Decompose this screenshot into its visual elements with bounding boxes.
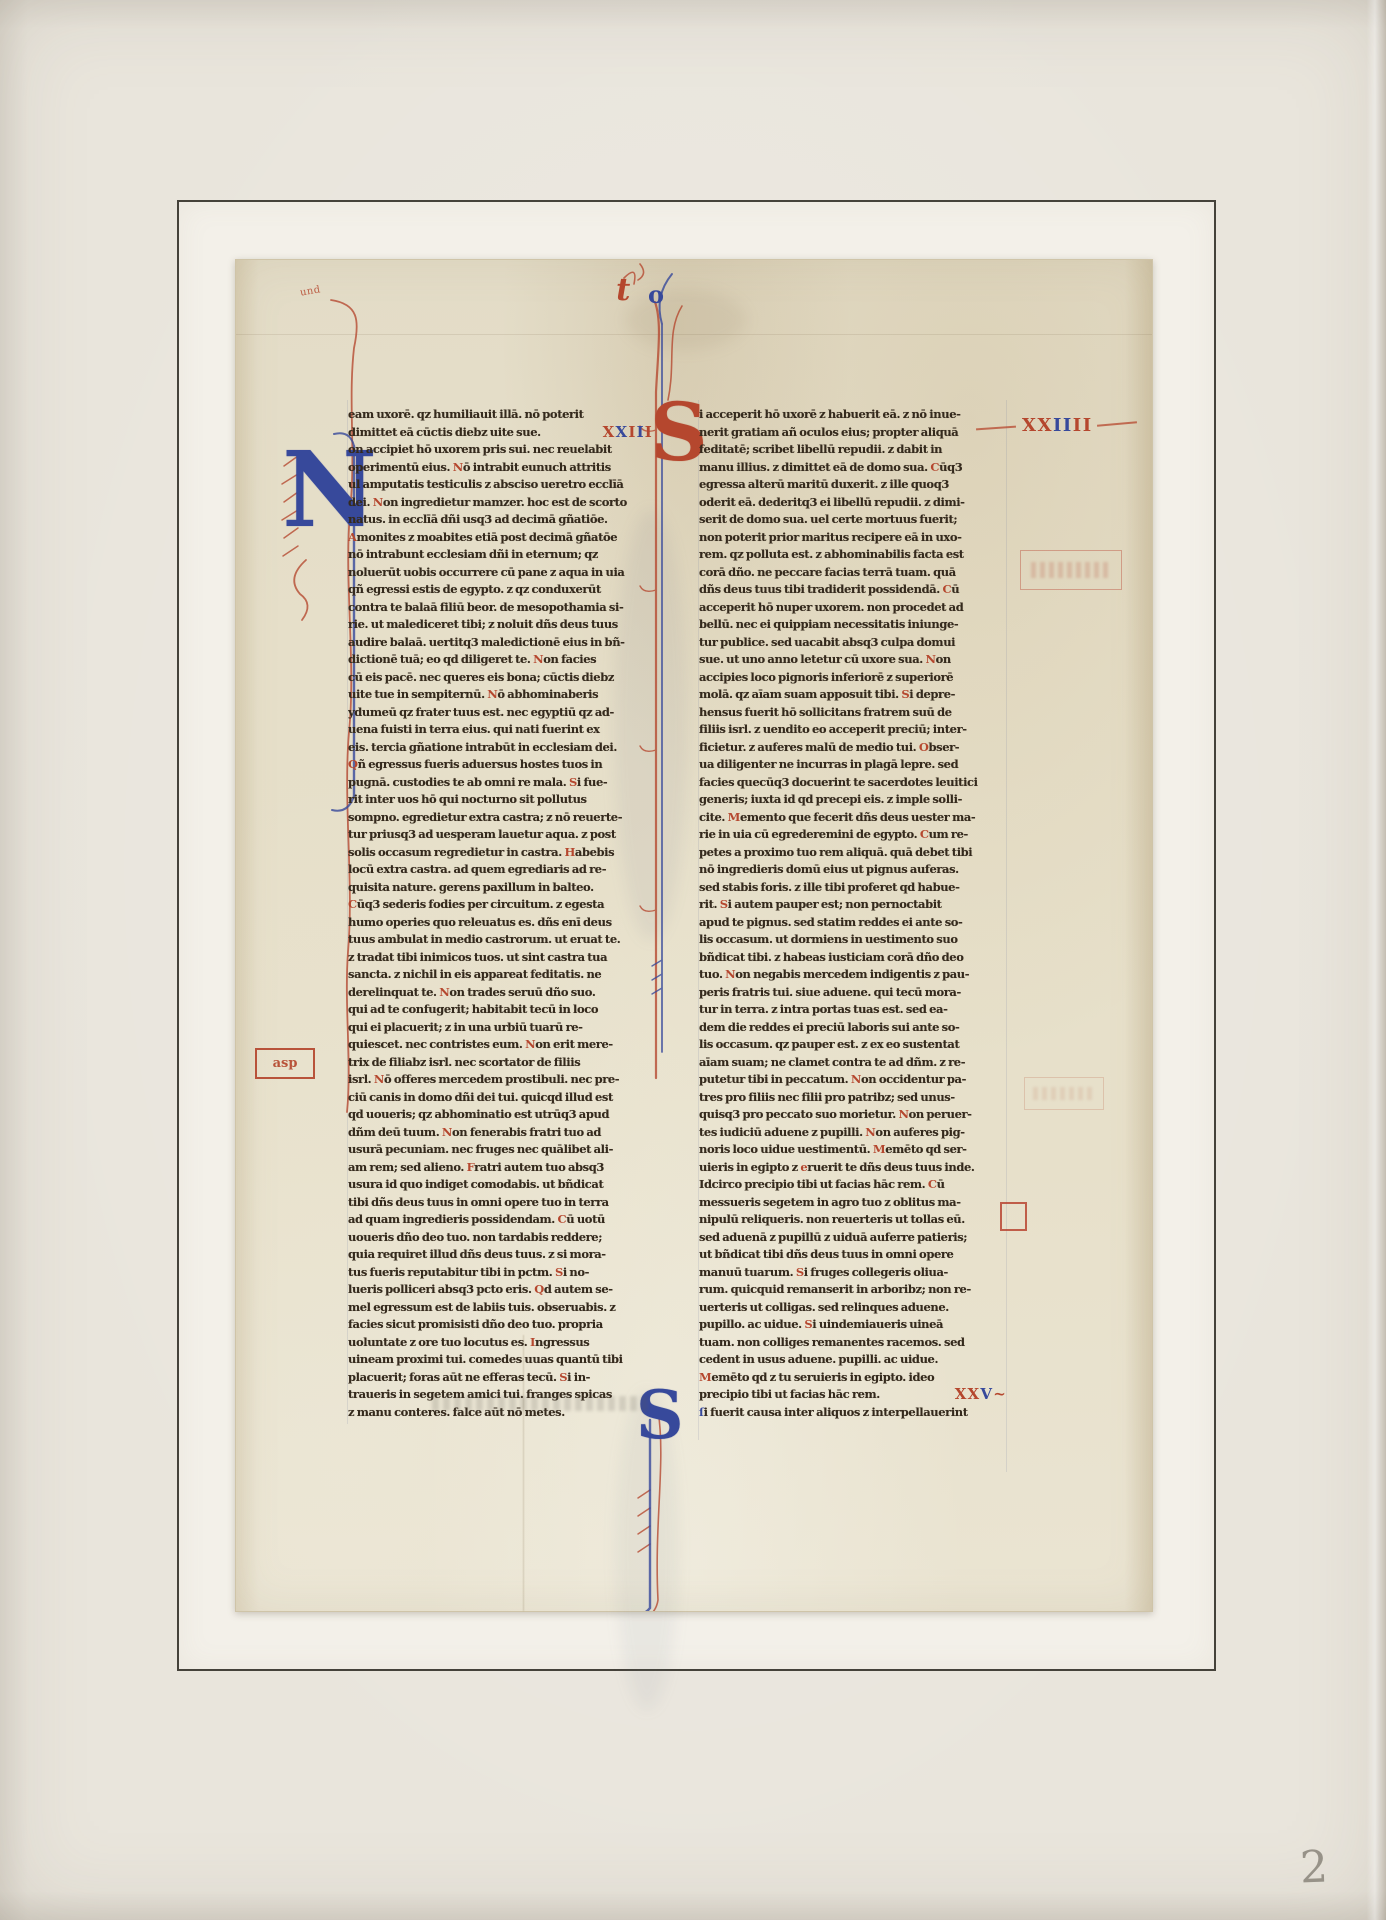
manuscript-text-line: serit de domo sua. uel certe mortuus fue… bbox=[699, 511, 1007, 529]
manuscript-text-line: quia requiret illud dñs deus tuus. z si … bbox=[348, 1246, 653, 1264]
manuscript-text-line: Amonites z moabites etiā post decimā gña… bbox=[348, 529, 653, 547]
inline-chapter-numeral: XXV~ bbox=[955, 1386, 1007, 1404]
manuscript-text-line: quisita nature. gerens paxillum in balte… bbox=[348, 879, 653, 897]
manuscript-text-line: locū extra castra. ad quem egrediaris ad… bbox=[348, 861, 653, 879]
margin-red-bracket bbox=[1000, 1202, 1027, 1231]
manuscript-text-line: filiis isrl. z uendito eo acceperit prec… bbox=[699, 721, 1007, 739]
pencil-folio-number: 2 bbox=[1299, 1842, 1329, 1894]
manuscript-text-line: Cūq3 sederis fodies per circuitum. z ege… bbox=[348, 896, 653, 914]
manuscript-text-line: rie. ut malediceret tibi; z noluit dñs d… bbox=[348, 616, 653, 634]
manuscript-text-line: derelinquat te. Non trades seruū dño suo… bbox=[348, 984, 653, 1002]
manuscript-text-line: qui ei placuerit; z in una urbiū tuarū r… bbox=[348, 1019, 653, 1037]
manuscript-text-line: dictionē tuā; eo qd diligeret te. Non fa… bbox=[348, 651, 653, 669]
manuscript-text-line: tur in terra. z intra portas tuas est. s… bbox=[699, 1001, 1007, 1019]
manuscript-text-line: usura id quo indiget comodabis. ut bñdic… bbox=[348, 1176, 653, 1194]
manuscript-text-line: cedent in usus aduene. pupilli. ac uidue… bbox=[699, 1351, 1007, 1369]
manuscript-text-line: molā. qz aīam suam apposuit tibi. Si dep… bbox=[699, 686, 1007, 704]
manuscript-text-line: rum. quicquid remanserit in arboribz; no… bbox=[699, 1281, 1007, 1299]
manuscript-text-line: nipulū reliqueris. non reuerteris ut tol… bbox=[699, 1211, 1007, 1229]
faded-stamp-box-lower bbox=[1024, 1077, 1104, 1110]
manuscript-text-line: Qñ egressus fueris aduersus hostes tuos … bbox=[348, 756, 653, 774]
manuscript-text-line: natus. in ecclīā dñi usq3 ad decimā gñat… bbox=[348, 511, 653, 529]
manuscript-text-line: operimentū eius. Nō intrabit eunuch attr… bbox=[348, 459, 653, 477]
manuscript-text-line: qd uoueris; qz abhominatio est utrūq3 ap… bbox=[348, 1106, 653, 1124]
manuscript-text-line: humo operies quo releuatus es. dñs enī d… bbox=[348, 914, 653, 932]
manuscript-text-line: nerit gratiam añ oculos eius; propter al… bbox=[699, 424, 1007, 442]
manuscript-text-line: pugnā. custodies te ab omni re mala. Si … bbox=[348, 774, 653, 792]
manuscript-text-line: tes iudiciū aduene z pupilli. Non aufere… bbox=[699, 1124, 1007, 1142]
manuscript-text-line: acceperit hō nuper uxorem. non procedet … bbox=[699, 599, 1007, 617]
manuscript-text-line: rit. Si autem pauper est; non pernoctabi… bbox=[699, 896, 1007, 914]
manuscript-text-line: ul amputatis testiculis z absciso ueretr… bbox=[348, 476, 653, 494]
manuscript-text-line: petes a proximo tuo rem aliquā. quā debe… bbox=[699, 844, 1007, 862]
manuscript-leaf: t o und N S S eam uxorē. qz humiliauit i… bbox=[235, 259, 1153, 1612]
manuscript-text-line: dñs deus tuus tibi tradiderit possidendā… bbox=[699, 581, 1007, 599]
faded-stamp-box-upper bbox=[1020, 550, 1122, 590]
manuscript-text-line: manu illius. z dimittet eā de domo sua. … bbox=[699, 459, 1007, 477]
manuscript-text-line: contra te balaā filiū beor. de mesopotha… bbox=[348, 599, 653, 617]
manuscript-text-line: aīam suam; ne clamet contra te ad dñm. z… bbox=[699, 1054, 1007, 1072]
text-column-right: i acceperit hō uxorē z habuerit eā. z nō… bbox=[699, 406, 1007, 1421]
manuscript-text-line: cū eis pacē. nec queres eis bona; cūctis… bbox=[348, 669, 653, 687]
margin-scribble-red: und bbox=[299, 284, 321, 298]
manuscript-text-line: tibi dñs deus tuus in omni opere tuo in … bbox=[348, 1194, 653, 1212]
manuscript-text-line: ciū canis in domo dñi dei tui. quicqd il… bbox=[348, 1089, 653, 1107]
manuscript-text-line: dñm deū tuum. Non fenerabis fratri tuo a… bbox=[348, 1124, 653, 1142]
manuscript-text-line: apud te pignus. sed statim reddes ei ant… bbox=[699, 914, 1007, 932]
manuscript-text-line: quiescet. nec contristes eum. Non erit m… bbox=[348, 1036, 653, 1054]
manuscript-text-line: ad quam ingredieris possidendam. Cū uotū bbox=[348, 1211, 653, 1229]
manuscript-text-line: tur publice. sed uacabit absq3 culpa dom… bbox=[699, 634, 1007, 652]
manuscript-text-line: noris loco uidue uestimentū. Memēto qd s… bbox=[699, 1141, 1007, 1159]
running-title: t o bbox=[616, 268, 696, 310]
manuscript-text-line: peris fratris tui. siue aduene. qui tecū… bbox=[699, 984, 1007, 1002]
manuscript-text-line: oderit eā. dederitq3 ei libellū repudii.… bbox=[699, 494, 1007, 512]
manuscript-text-line: dimittet eā cūctis diebz uite sue.XXIII bbox=[348, 424, 653, 442]
manuscript-text-line: placuerit; foras aūt ne efferas tecū. Si… bbox=[348, 1369, 653, 1387]
manuscript-text-line: tus fueris reputabitur tibi in pctm. Si … bbox=[348, 1264, 653, 1282]
chapter-numeral-24: XXIIII bbox=[1022, 415, 1093, 436]
manuscript-text-line: corā dño. ne peccare facias terrā tuam. … bbox=[699, 564, 1007, 582]
manuscript-text-line: egressa alterū maritū duxerit. z ille qu… bbox=[699, 476, 1007, 494]
ruled-frame: t o und N S S eam uxorē. qz humiliauit i… bbox=[177, 200, 1216, 1671]
manuscript-text-line: audire balaā. uertitq3 maledictionē eius… bbox=[348, 634, 653, 652]
manuscript-text-line: feditatē; scribet libellū repudii. z dab… bbox=[699, 441, 1007, 459]
manuscript-text-line: nō ingredieris domū eius ut pignus aufer… bbox=[699, 861, 1007, 879]
manuscript-text-line: facies quecūq3 docuerint te sacerdotes l… bbox=[699, 774, 1007, 792]
manuscript-text-line: uena fuisti in terra eius. qui nati fuer… bbox=[348, 721, 653, 739]
manuscript-text-line: usurā pecuniam. nec fruges nec quālibet … bbox=[348, 1141, 653, 1159]
manuscript-text-line: sue. ut uno anno letetur cū uxore sua. N… bbox=[699, 651, 1007, 669]
manuscript-text-line: messueris segetem in agro tuo z oblitus … bbox=[699, 1194, 1007, 1212]
manuscript-text-line: noluerūt uobis occurrere cū pane z aqua … bbox=[348, 564, 653, 582]
manuscript-text-line: lis occasum. qz pauper est. z ex eo sust… bbox=[699, 1036, 1007, 1054]
manuscript-text-line: solis occasum regredietur in castra. Hab… bbox=[348, 844, 653, 862]
manuscript-text-line: eis. tercia gñatione intrabūt in ecclesi… bbox=[348, 739, 653, 757]
manuscript-text-line: lis occasum. ut dormiens in uestimento s… bbox=[699, 931, 1007, 949]
manuscript-text-line: eam uxorē. qz humiliauit illā. nō poteri… bbox=[348, 406, 653, 424]
manuscript-text-line: trix de filiabz isrl. nec scortator de f… bbox=[348, 1054, 653, 1072]
manuscript-text-line: am rem; sed alieno. Fratri autem tuo abs… bbox=[348, 1159, 653, 1177]
manuscript-text-line: rit inter uos hō qui nocturno sit pollut… bbox=[348, 791, 653, 809]
manuscript-text-line: bñdicat tibi. z habeas iusticiam corā dñ… bbox=[699, 949, 1007, 967]
manuscript-text-line: sed aduenā z pupillū z uiduā auferre pat… bbox=[699, 1229, 1007, 1247]
manuscript-text-line: tur priusq3 ad uesperam lauetur aqua. z … bbox=[348, 826, 653, 844]
manuscript-text-line: hensus fuerit hō sollicitans fratrem suū… bbox=[699, 704, 1007, 722]
mat-board: t o und N S S eam uxorē. qz humiliauit i… bbox=[0, 0, 1386, 1920]
ink-offset-smudge bbox=[432, 1396, 650, 1411]
manuscript-text-line: qñ egressi estis de egypto. z qz conduxe… bbox=[348, 581, 653, 599]
manuscript-text-line: uoueris dño deo tuo. non tardabis redder… bbox=[348, 1229, 653, 1247]
manuscript-text-line: ydumeū qz frater tuus est. nec egyptiū q… bbox=[348, 704, 653, 722]
manuscript-text-line: qui ad te confugerit; habitabit tecū in … bbox=[348, 1001, 653, 1019]
manuscript-text-line: rie in uia cū egrederemini de egypto. Cu… bbox=[699, 826, 1007, 844]
manuscript-text-line: facies sicut promisisti dño deo tuo. pro… bbox=[348, 1316, 653, 1334]
manuscript-text-line: nō intrabunt ecclesiam dñi in eternum; q… bbox=[348, 546, 653, 564]
manuscript-text-line: dei. Non ingredietur mamzer. hoc est de … bbox=[348, 494, 653, 512]
manuscript-text-line: generis; iuxta id qd precepi eis. z impl… bbox=[699, 791, 1007, 809]
manuscript-text-line: uieris in egipto z eruerit te dñs deus t… bbox=[699, 1159, 1007, 1177]
manuscript-text-line: pupillo. ac uidue. Si uindemiaueris uine… bbox=[699, 1316, 1007, 1334]
manuscript-text-line: sompno. egredietur extra castra; z nō re… bbox=[348, 809, 653, 827]
margin-annotation-text: asp bbox=[273, 1056, 298, 1071]
manuscript-text-line: manuū tuarum. Si fruges collegeris oliua… bbox=[699, 1264, 1007, 1282]
running-title-letter-t: t bbox=[613, 272, 634, 308]
manuscript-text-line: lueris polliceri absq3 pcto eris. Qd aut… bbox=[348, 1281, 653, 1299]
manuscript-text-line: putetur tibi in peccatum. Non occidentur… bbox=[699, 1071, 1007, 1089]
running-title-letter-o: o bbox=[648, 280, 664, 309]
manuscript-text-line: ſi fuerit causa inter aliquos z interpel… bbox=[699, 1404, 1007, 1422]
manuscript-text-line: uite tue in sempiternū. Nō abhominaberis bbox=[348, 686, 653, 704]
manuscript-text-line: tuus ambulat in medio castrorum. ut erua… bbox=[348, 931, 653, 949]
manuscript-text-line: rem. qz polluta est. z abhominabilis fac… bbox=[699, 546, 1007, 564]
manuscript-text-line: dem die reddes ei preciū laboris sui ant… bbox=[699, 1019, 1007, 1037]
manuscript-text-line: ficietur. z auferes malū de medio tui. O… bbox=[699, 739, 1007, 757]
manuscript-text-line: cite. Memento que fecerit dñs deus ueste… bbox=[699, 809, 1007, 827]
manuscript-text-line: uerteris ut colligas. sed relinques adue… bbox=[699, 1299, 1007, 1317]
manuscript-text-line: bellū. nec ei quippiam necessitatis iniu… bbox=[699, 616, 1007, 634]
manuscript-text-line: non poterit prior maritus recipere eā in… bbox=[699, 529, 1007, 547]
margin-annotation-box-red: asp bbox=[255, 1048, 315, 1079]
manuscript-text-line: ut bñdicat tibi dñs deus tuus in omni op… bbox=[699, 1246, 1007, 1264]
horizontal-crease bbox=[236, 334, 1152, 335]
faded-ink-smudge bbox=[1033, 1087, 1095, 1099]
manuscript-text-line: quisq3 pro peccato suo morietur. Non per… bbox=[699, 1106, 1007, 1124]
manuscript-text-line: uoluntate z ore tuo locutus es. Ingressu… bbox=[348, 1334, 653, 1352]
manuscript-text-line: accipies loco pignoris inferiorē z super… bbox=[699, 669, 1007, 687]
manuscript-text-line: isrl. Nō offeres mercedem prostibuli. ne… bbox=[348, 1071, 653, 1089]
manuscript-text-line: on accipiet hō uxorem pris sui. nec reue… bbox=[348, 441, 653, 459]
manuscript-text-line: precipio tibi ut facias hāc rem.XXV~ bbox=[699, 1386, 1007, 1404]
manuscript-text-line: tuam. non colliges remanentes racemos. s… bbox=[699, 1334, 1007, 1352]
faded-ink-smudge bbox=[1031, 562, 1111, 577]
manuscript-text-line: i acceperit hō uxorē z habuerit eā. z nō… bbox=[699, 406, 1007, 424]
manuscript-text-line: uineam proximi tui. comedes uuas quantū … bbox=[348, 1351, 653, 1369]
manuscript-text-line: tuo. Non negabis mercedem indigentis z p… bbox=[699, 966, 1007, 984]
inline-chapter-numeral: XXIII bbox=[603, 424, 653, 442]
manuscript-text-line: ua diligenter ne incurras in plagā lepre… bbox=[699, 756, 1007, 774]
manuscript-text-line: sancta. z nichil in eis appareat feditat… bbox=[348, 966, 653, 984]
manuscript-text-line: sed stabis foris. z ille tibi proferet q… bbox=[699, 879, 1007, 897]
manuscript-text-line: tres pro filiis nec filii pro patribz; s… bbox=[699, 1089, 1007, 1107]
manuscript-text-line: mel egressum est de labiis tuis. obserua… bbox=[348, 1299, 653, 1317]
manuscript-text-line: z tradat tibi inimicos tuos. ut sint cas… bbox=[348, 949, 653, 967]
manuscript-text-line: Idcirco precipio tibi ut facias hāc rem.… bbox=[699, 1176, 1007, 1194]
text-column-left: eam uxorē. qz humiliauit illā. nō poteri… bbox=[348, 406, 653, 1421]
manuscript-text-line: Memēto qd z tu seruieris in egipto. ideo bbox=[699, 1369, 1007, 1387]
